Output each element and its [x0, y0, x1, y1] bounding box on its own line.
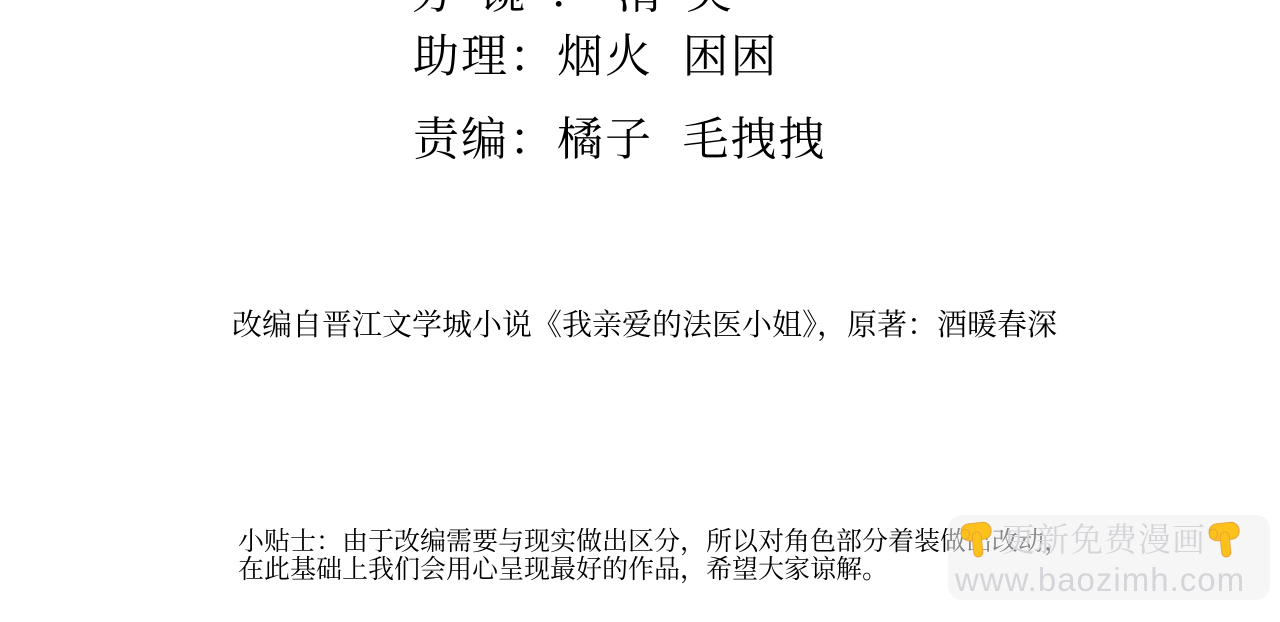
point-down-icon-right	[1204, 518, 1246, 562]
point-down-icon-left	[956, 518, 998, 562]
comic-credits-page: 分镜：清笑 助理：烟火 困困 责编：橘子 毛拽拽 改编自晋江文学城小说《我亲爱的…	[0, 0, 1280, 622]
adaptation-note: 改编自晋江文学城小说《我亲爱的法医小姐》，原著：酒暖春深	[232, 309, 1057, 343]
watermark-box: 更新免费漫画 www.baozimh.com	[948, 515, 1270, 600]
credit-line-assistant: 助理：烟火 困困	[413, 33, 779, 79]
watermark-url: www.baozimh.com	[955, 563, 1245, 597]
tip-line-2: 在此基础上我们会用心呈现最好的作品，希望大家谅解。	[238, 555, 1070, 583]
credit-line-editor: 责编：橘子 毛拽拽	[413, 116, 827, 162]
tips-note: 小贴士：由于改编需要与现实做出区分，所以对角色部分着装做出改动， 在此基础上我们…	[238, 527, 1070, 583]
credit-line-clipped: 分镜：清笑	[410, 0, 755, 15]
tip-line-1: 小贴士：由于改编需要与现实做出区分，所以对角色部分着装做出改动，	[238, 527, 1070, 555]
watermark-slogan: 更新免费漫画	[1002, 523, 1206, 557]
